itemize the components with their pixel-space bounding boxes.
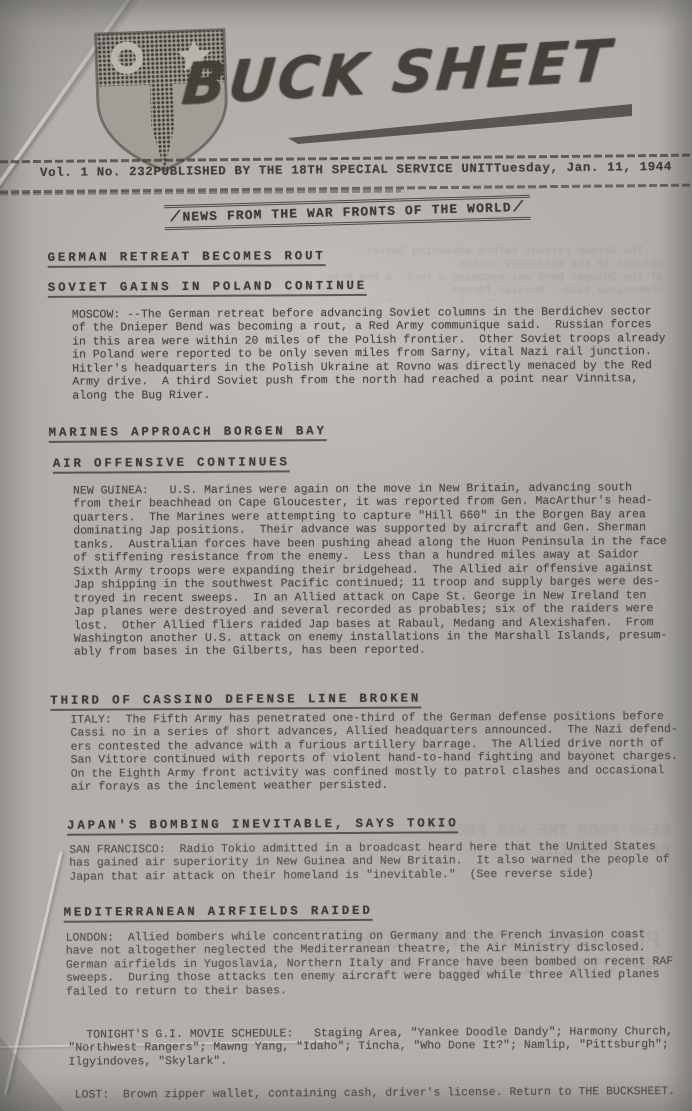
headline-air-offensive: AIR OFFENSIVE CONTINUES: [53, 455, 290, 473]
banner-slash-icon: /: [510, 199, 528, 217]
paragraph-body: The Fifth Army has penetrated one-third …: [70, 710, 678, 794]
section-banner: /NEWS FROM THE WAR FRONTS OF THE WORLD/: [1, 198, 692, 227]
headline-german-retreat: GERMAN RETREAT BECOMES ROUT: [48, 249, 326, 268]
article-paragraph-italy: ITALY: The Fifth Army has penetrated one…: [70, 710, 692, 795]
newsletter-page: { "theme": { "paper_color": "#b3b0ab", "…: [0, 0, 692, 1111]
article-paragraph-london: LONDON: Allied bombers while concentrati…: [66, 928, 688, 999]
headline-soviet-gains: SOVIET GAINS IN POLAND CONTINUE: [48, 279, 367, 298]
paragraph-body: U.S. Marines were again on the move in N…: [73, 481, 667, 659]
article-paragraph-san-francisco: SAN FRANCISCO: Radio Tokio admitted in a…: [69, 840, 691, 884]
dateline: NEW GUINEA:: [73, 484, 149, 497]
newsletter-body: /NEWS FROM THE WAR FRONTS OF THE WORLD/ …: [0, 0, 692, 1111]
headline-japan-bombing: JAPAN'S BOMBING INEVITABLE, SAYS TOKIO: [67, 816, 459, 835]
lost-notice: LOST: Brown zipper wallet, containing ca…: [75, 1085, 692, 1102]
dateline: LONDON:: [66, 931, 114, 944]
paragraph-body: Allied bombers while concentrating on Ge…: [66, 928, 673, 998]
dateline: ITALY:: [70, 713, 112, 726]
notice-lead: TONIGHT'S G.I. MOVIE SCHEDULE:: [86, 1027, 293, 1041]
notice-body: Brown zipper wallet, containing cash, dr…: [109, 1085, 675, 1101]
headline-mediterranean-raids: MEDITERRANEAN AIRFIELDS RAIDED: [64, 904, 373, 923]
dateline: SAN FRANCISCO:: [69, 843, 166, 857]
headline-cassino-line: THIRD OF CASSINO DEFENSE LINE BROKEN: [50, 692, 421, 711]
notice-lead: LOST:: [75, 1088, 110, 1101]
movie-schedule-notice: TONIGHT'S G.I. MOVIE SCHEDULE: Staging A…: [68, 1025, 690, 1069]
article-paragraph-moscow: MOSCOW: --The German retreat before adva…: [72, 305, 692, 403]
article-paragraph-new-guinea: NEW GUINEA: U.S. Marines were again on t…: [73, 481, 692, 660]
banner-box: /NEWS FROM THE WAR FRONTS OF THE WORLD/: [164, 195, 530, 231]
banner-text: NEWS FROM THE WAR FRONTS OF THE WORLD: [182, 200, 512, 224]
headline-marines-borgen: MARINES APPROACH BORGEN BAY: [49, 424, 327, 443]
paragraph-body: --The German retreat before advancing So…: [72, 305, 666, 402]
dateline: MOSCOW:: [72, 308, 120, 321]
